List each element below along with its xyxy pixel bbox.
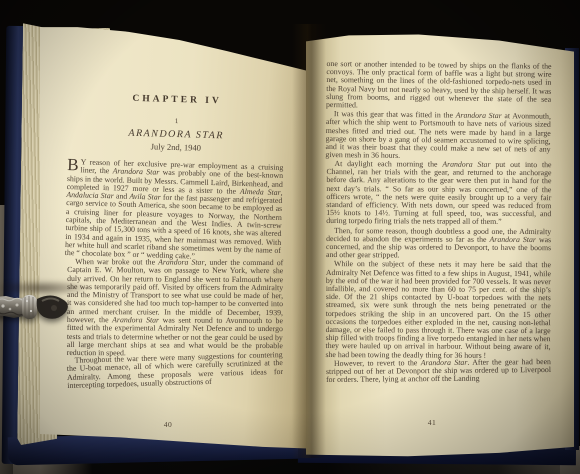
paragraph: However, to revert to the Arandora Star.… (326, 358, 551, 385)
paragraph: one sort or another intended to be towed… (326, 60, 552, 112)
drop-cap: B (67, 158, 81, 173)
paragraph: BY reason of her exclusive pre-war emplo… (65, 158, 284, 264)
paragraph-text: Y reason of her exclusive pre-war employ… (65, 157, 284, 260)
paragraph: While on the subject of these nets it ma… (325, 261, 551, 361)
page-number-right: 41 (298, 418, 566, 427)
paragraph: It was this gear that was fitted in the … (325, 110, 551, 162)
page-number-left: 40 (34, 420, 302, 429)
left-page-text: CHAPTER IV 1 ARANDORA STAR July 2nd, 194… (67, 92, 283, 390)
right-page-text: one sort or another intended to be towed… (326, 60, 551, 386)
chapter-heading: CHAPTER IV (69, 92, 285, 108)
paragraph: When war broke out the Arandora Star, un… (67, 258, 284, 359)
paragraph: At daylight each morning the Arandora St… (326, 160, 551, 227)
left-page: CHAPTER IV 1 ARANDORA STAR July 2nd, 194… (40, 22, 308, 452)
paragraph: Throughout the war there were many sugge… (67, 351, 284, 390)
book-photo: CHAPTER IV 1 ARANDORA STAR July 2nd, 194… (0, 0, 580, 474)
paragraph: Then, for some reason, though doubtless … (326, 227, 551, 261)
ornate-silver-handle (0, 284, 86, 328)
right-page: one sort or another intended to be towed… (306, 32, 574, 458)
